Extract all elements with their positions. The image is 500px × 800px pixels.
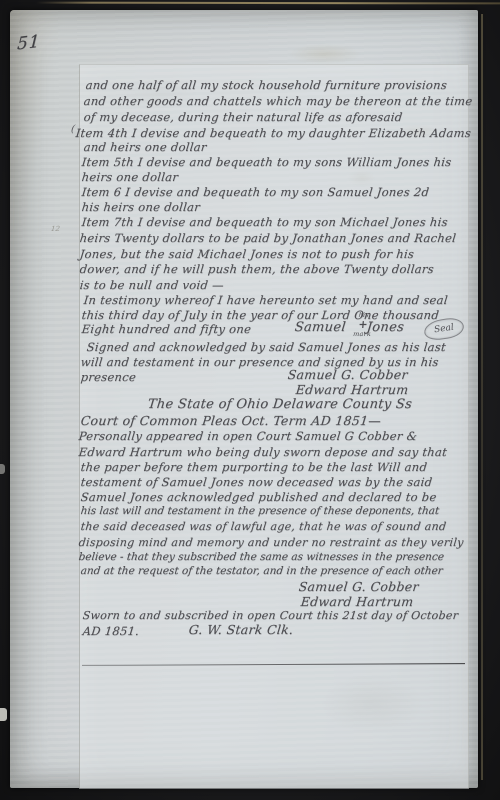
handwriting-line: Samuel G. Cobber: [298, 579, 420, 594]
handwriting-line: his last will and testament in the prese…: [80, 505, 440, 517]
handwriting-line: Personally appeared in open Court Samuel…: [78, 429, 418, 443]
handwriting-line: testament of Samuel Jones now deceased w…: [80, 475, 433, 489]
handwriting-line: Item 6 I devise and bequeath to my son S…: [81, 185, 430, 199]
handwriting-line: and at the request of the testator, and …: [80, 565, 443, 577]
handwriting-line: Samuel Jones acknowledged published and …: [80, 490, 437, 504]
handwriting-line: Item 4th I devise and bequeath to my dau…: [75, 126, 472, 140]
handwriting-line: dower, and if he will push them, the abo…: [79, 262, 435, 276]
page-marker-tab-small: [0, 464, 5, 474]
margin-note: 12: [51, 225, 61, 233]
handwriting-line: The State of Ohio Delaware County Ss: [147, 397, 413, 412]
handwriting-line: Edward Hartrum who being duly sworn depo…: [78, 445, 448, 459]
handwriting-line: In testimony whereof I have hereunto set…: [83, 293, 449, 307]
handwriting-line: the paper before them purporting to be t…: [80, 460, 428, 474]
mark-cross-symbol: +: [352, 319, 375, 330]
handwriting-line: heirs one dollar: [81, 170, 179, 184]
page-stack-edge: [481, 14, 483, 780]
seal-label: Seal: [434, 323, 455, 336]
photographed-record-book: 51 and one half of all my stock househol…: [0, 0, 500, 800]
handwriting-line: is to be null and void —: [79, 278, 225, 292]
handwriting-line: the said deceased was of lawful age, tha…: [80, 520, 447, 533]
handwriting-line: Samuel: [294, 320, 347, 335]
handwriting-line: Eight hundred and fifty one: [81, 322, 252, 336]
mark-word-label: mark: [351, 331, 374, 338]
handwriting-line: believe - that they subscribed the same …: [78, 551, 445, 563]
handwriting-line: his heirs one dollar: [81, 200, 201, 214]
handwriting-line: Sworn to and subscribed in open Court th…: [82, 609, 459, 622]
book-edge-highlight: [36, 2, 500, 5]
handwriting-line: Samuel G. Cobber: [287, 367, 409, 382]
handwriting-line: Edward Hartrum: [300, 594, 414, 609]
handwriting-line: of my decease, during their natural life…: [83, 110, 403, 124]
handwriting-line: G. W. Stark Clk.: [188, 622, 294, 637]
handwriting-line: presence: [80, 370, 137, 384]
handwriting-line: heirs Twenty dollars to be paid by Jonat…: [79, 231, 457, 245]
handwriting-line: and one half of all my stock household f…: [85, 78, 448, 92]
handwriting-line: Item 7th I devise and bequeath to my son…: [81, 215, 449, 229]
page-marker-tab: [0, 708, 7, 721]
handwriting-line: Item 5th I devise and bequeath to my son…: [81, 155, 452, 169]
handwriting-line: AD 1851.: [82, 624, 140, 638]
handwriting-line: Jones, but the said Michael Jones is not…: [79, 247, 415, 261]
handwriting-line: Edward Hartrum: [295, 382, 409, 397]
handwriting-line: Signed and acknowledged by said Samuel J…: [86, 340, 447, 354]
page-number: 51: [17, 31, 42, 54]
handwriting-line: and other goods and chattels which may b…: [83, 94, 473, 108]
handwriting-line: disposing mind and memory and under no r…: [78, 536, 464, 549]
testator-mark: his + mark: [351, 312, 375, 337]
handwriting-line: Court of Common Pleas Oct. Term AD 1851—: [80, 413, 382, 428]
handwriting-line: and heirs one dollar: [83, 140, 207, 154]
